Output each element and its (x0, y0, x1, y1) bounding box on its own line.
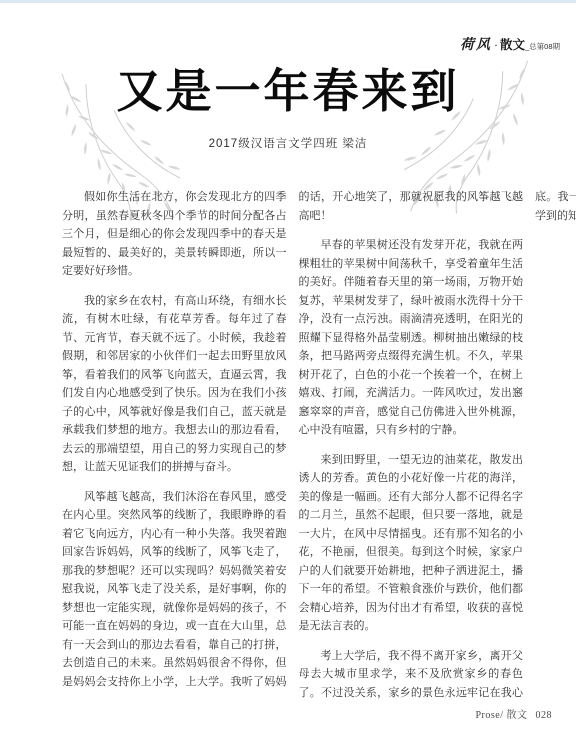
magazine-page: 荷风·散文_总第08期 (0, 0, 576, 751)
footer-section-en: Prose/ (476, 710, 504, 721)
page-footer: Prose/ 散文 028 (476, 706, 553, 721)
masthead-section: 散文 (500, 38, 525, 52)
masthead-issue: _总第08期 (525, 42, 560, 51)
paragraph: 我的家乡在农村，有高山环绕，有细水长流，有树木吐绿，有花草芳香。每年过了春节、元… (62, 292, 287, 477)
top-edge-strip (0, 0, 576, 3)
page-title: 又是一年春来到 (0, 62, 576, 122)
paragraph: 早春的苹果树还没有发芽开花，我就在两棵粗壮的苹果树中间荡秋千，享受着童年生活的美… (299, 236, 524, 440)
masthead-separator: · (492, 38, 500, 52)
page-number: 028 (531, 710, 553, 721)
paragraph: 来到田野里，一望无边的油菜花，散发出诱人的芳香。黄色的小花好像一片花的海洋，美的… (299, 451, 524, 636)
journal-name: 荷风 (460, 38, 492, 53)
article-body: 假如你生活在北方，你会发现北方的四季分明，虽然春夏秋冬四个季节的时间分配各占三个… (62, 188, 523, 704)
title-area: 又是一年春来到 2017级汉语言文学四班 梁洁 (0, 62, 576, 151)
footer-section-cn: 散文 (507, 710, 528, 721)
byline: 2017级汉语言文学四班 梁洁 (0, 135, 576, 151)
masthead: 荷风·散文_总第08期 (460, 34, 560, 54)
paragraph: 假如你生活在北方，你会发现北方的四季分明，虽然春夏秋冬四个季节的时间分配各占三个… (62, 188, 287, 281)
